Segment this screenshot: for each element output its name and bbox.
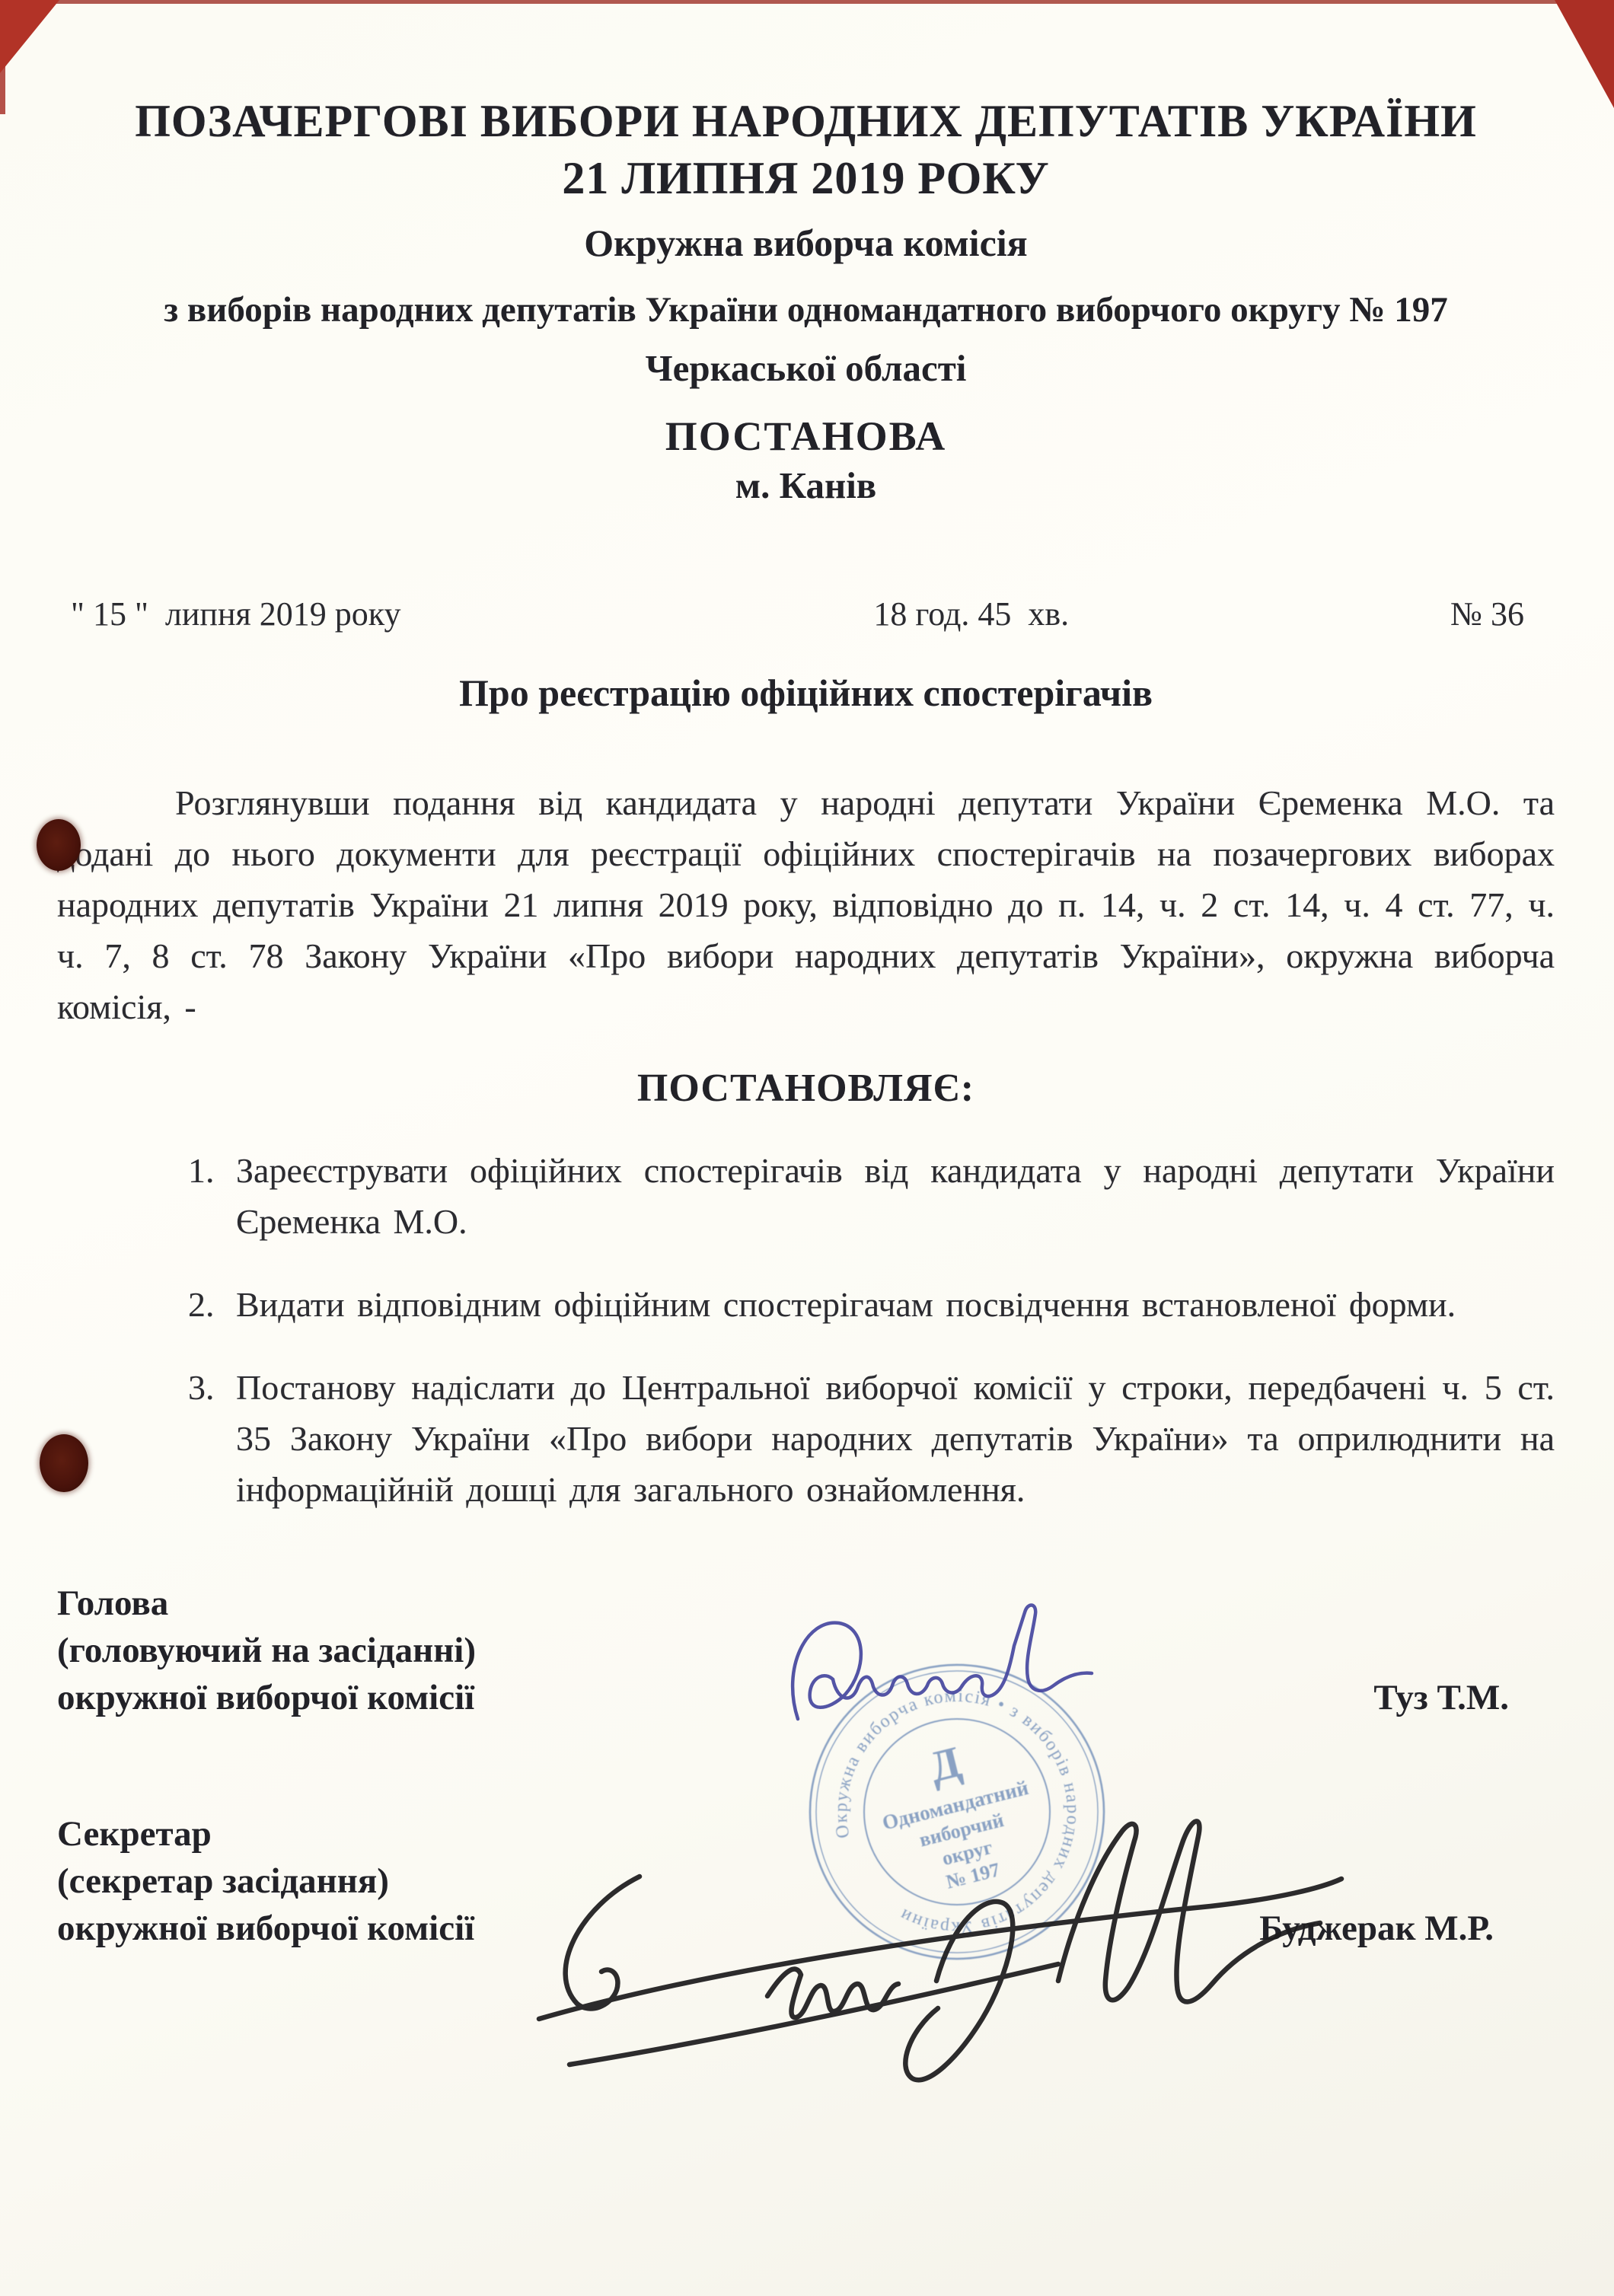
region-name: Черкаської області — [57, 349, 1555, 387]
role-line: Голова — [57, 1580, 856, 1627]
list-item: 3. Постанову надіслати до Центральної ви… — [57, 1362, 1555, 1515]
handwritten-signature-head — [777, 1599, 1104, 1751]
commission-name: Окружна виборча комісія — [57, 224, 1555, 262]
document-date: " 15 " липня 2019 року — [57, 596, 401, 633]
document-number: № 36 — [1450, 596, 1555, 633]
commission-detail: з виборів народних депутатів України одн… — [57, 291, 1555, 329]
title-line-2: 21 ЛИПНЯ 2019 РОКУ — [562, 153, 1049, 203]
preamble-paragraph: Розглянувши подання від кандидата у наро… — [57, 777, 1555, 1032]
title-line-1: ПОЗАЧЕРГОВІ ВИБОРИ НАРОДНИХ ДЕПУТАТІВ УК… — [135, 96, 1477, 146]
list-item-text: Видати відповідним офіційним спостерігач… — [236, 1285, 1456, 1324]
handwritten-signature-secretary — [525, 1743, 1355, 2109]
resolves-heading: ПОСТАНОВЛЯЄ: — [57, 1067, 1555, 1110]
document-type: ПОСТАНОВА — [57, 416, 1555, 457]
list-item-number: 1. — [188, 1145, 215, 1196]
document-time: 18 год. 45 хв. — [401, 596, 1451, 633]
list-item: 2. Видати відповідним офіційним спостері… — [57, 1279, 1555, 1330]
document-title: ПОЗАЧЕРГОВІ ВИБОРИ НАРОДНИХ ДЕПУТАТІВ УК… — [57, 93, 1555, 207]
city-name: м. Канів — [57, 467, 1555, 505]
role-line: окружної виборчої комісії — [57, 1674, 856, 1721]
list-item-number: 3. — [188, 1362, 215, 1413]
list-item-text: Постанову надіслати до Центральної вибор… — [236, 1368, 1555, 1509]
subject-heading: Про реєстрацію офіційних спостерігачів — [57, 674, 1555, 712]
meta-row: " 15 " липня 2019 року 18 год. 45 хв. № … — [57, 596, 1555, 633]
signature-role: Голова (головуючий на засіданні) окружно… — [57, 1580, 856, 1721]
list-item-text: Зареєструвати офіційних спостерігачів ві… — [236, 1151, 1555, 1241]
list-item: 1. Зареєструвати офіційних спостерігачів… — [57, 1145, 1555, 1247]
role-line: (головуючий на засіданні) — [57, 1627, 856, 1674]
hole-punch-bottom — [40, 1434, 88, 1492]
scan-top-edge-artifact — [0, 0, 1614, 4]
list-item-number: 2. — [188, 1279, 215, 1330]
resolution-items: 1. Зареєструвати офіційних спостерігачів… — [57, 1145, 1555, 1515]
hole-punch-top — [37, 819, 81, 871]
scanned-document-page: ПОЗАЧЕРГОВІ ВИБОРИ НАРОДНИХ ДЕПУТАТІВ УК… — [0, 0, 1614, 2296]
